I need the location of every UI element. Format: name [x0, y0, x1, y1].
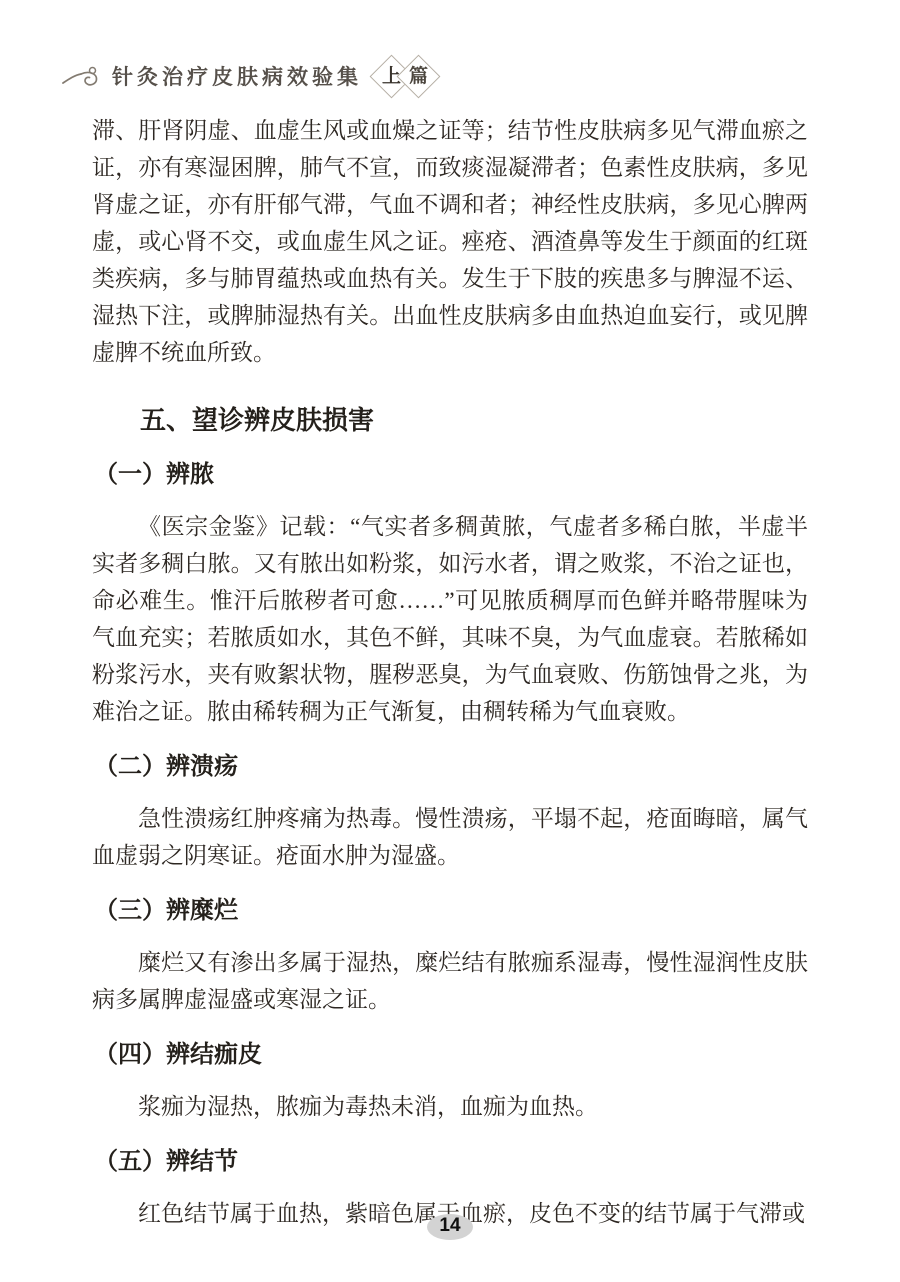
- subsection-heading-5: （五）辨结节: [94, 1145, 808, 1179]
- volume-badge-pian-label: 篇: [409, 66, 428, 85]
- page-number-badge: 14: [427, 1214, 473, 1240]
- volume-badge-pian: 篇: [397, 54, 441, 98]
- subsection-paragraph-3: 糜烂又有渗出多属于湿热，糜烂结有脓痂系湿毒，慢性湿润性皮肤病多属脾虚湿盛或寒湿之…: [92, 944, 808, 1018]
- running-header: 针灸治疗皮肤病效验集 上 篇: [62, 56, 434, 96]
- subsection-heading-1: （一）辨脓: [94, 458, 808, 492]
- subsection-heading-4: （四）辨结痂皮: [94, 1038, 808, 1072]
- subsection-paragraph-2: 急性溃疡红肿疼痛为热毒。慢性溃疡，平塌不起，疮面晦暗，属气血虚弱之阴寒证。疮面水…: [92, 800, 808, 874]
- spiral-flourish-icon: [62, 62, 102, 90]
- page-footer: 14: [0, 1214, 900, 1240]
- subsection-paragraph-4: 浆痂为湿热，脓痂为毒热未消，血痂为血热。: [92, 1088, 808, 1125]
- page-body: 滞、肝肾阴虚、血虚生风或血燥之证等；结节性皮肤病多见气滞血瘀之证，亦有寒湿困脾，…: [92, 104, 808, 1232]
- intro-paragraph: 滞、肝肾阴虚、血虚生风或血燥之证等；结节性皮肤病多见气滞血瘀之证，亦有寒湿困脾，…: [92, 112, 808, 371]
- section-heading: 五、望诊辨皮肤损害: [140, 402, 808, 438]
- subsection-heading-3: （三）辨糜烂: [94, 894, 808, 928]
- book-page: 针灸治疗皮肤病效验集 上 篇 滞、肝肾阴虚、血虚生风或血燥之证等；结节性皮肤病多…: [0, 0, 900, 1282]
- book-title: 针灸治疗皮肤病效验集: [112, 61, 362, 91]
- subsection-paragraph-1: 《医宗金鉴》记载：“气实者多稠黄脓，气虚者多稀白脓，半虚半实者多稠白脓。又有脓出…: [92, 508, 808, 730]
- subsection-heading-2: （二）辨溃疡: [94, 750, 808, 784]
